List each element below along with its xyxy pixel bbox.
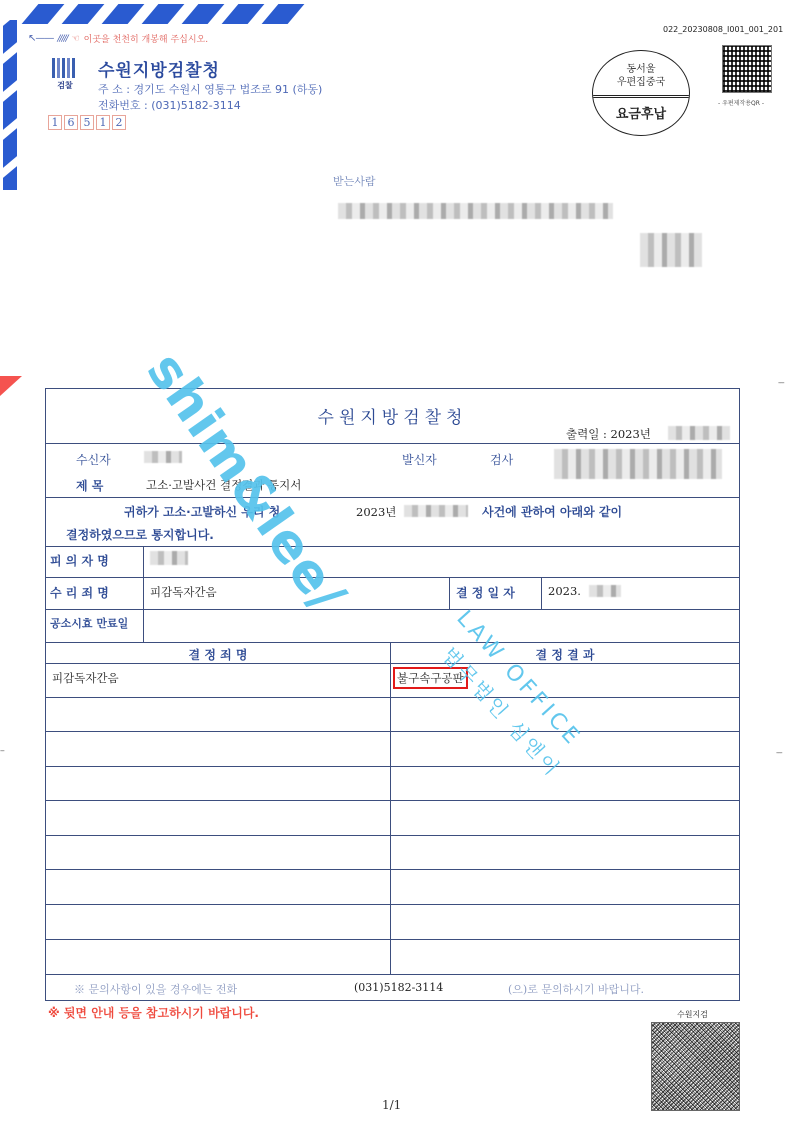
limitation-label: 공소시효 만료일 [50,615,128,631]
zip-digit: 2 [112,115,126,130]
charge-value: 피감독자간음 [150,584,217,600]
intro-text-b: 사건에 관하여 아래와 같이 [482,503,622,520]
decision-date-redacted [589,585,621,597]
zip-digit: 6 [64,115,78,130]
airmail-stripes-left [0,20,20,190]
recipient-name-redacted [640,233,702,267]
postal-qr-code [722,45,772,93]
document-qr-code [651,1022,740,1111]
decision-date-label: 결 정 일 자 [456,584,515,601]
decision-notice-form: 수원지방검찰청 출력일 : 2023년 수신자 발신자 검사 제 목 고소·고발… [45,388,740,1001]
inquiry-prefix: ※ 문의사항이 있을 경우에는 전화 [74,981,237,997]
row-charge: 피감독자간음 [52,670,119,686]
postmark-stamp: 동서울우편집중국 요금후납 [592,50,690,136]
sender-name-redacted [554,449,722,479]
subject-label: 제 목 [76,477,103,494]
airmail-stripes-top [20,0,310,28]
sender-org-name: 수원지방검찰청 [98,56,220,81]
recipient-label: 받는사람 [333,173,376,189]
zip-digit: 5 [80,115,94,130]
zip-digit: 1 [96,115,110,130]
recipient-address-redacted [338,203,613,219]
receiver-label: 수신자 [76,451,111,468]
charge-label: 수 리 죄 명 [50,584,109,601]
corner-marker [0,376,22,396]
zip-code: 1 6 5 1 2 [48,115,126,130]
postmark-line2: 우편집중국 [617,77,665,88]
intro-text-line2: 결정하였으므로 통지합니다. [66,526,214,543]
case-number-redacted [404,505,468,517]
postmark-line1: 동서울 [627,64,656,75]
fold-mark: -- [0,746,4,755]
suspect-label: 피 의 자 명 [50,552,109,569]
print-date-redacted [668,426,730,440]
open-hint-text: 이곳을 천천히 개봉해 주십시오. [84,32,208,45]
sender-address: 주 소 : 경기도 수원시 영통구 법조로 91 (하동) [98,81,322,97]
arrow-icon: ↖—— [28,33,53,44]
page-number: 1/1 [382,1098,401,1112]
fold-mark: --- [778,378,784,387]
prosecution-logo: 검찰 [52,58,78,91]
intro-year: 2023년 [356,504,396,520]
form-title: 수원지방검찰청 [46,403,739,428]
sender-phone: 전화번호 : (031)5182-3114 [98,97,241,113]
column-header-charge: 결 정 죄 명 [46,646,390,663]
back-page-notice: ※ 뒷면 안내 등을 참고하시기 바랍니다. [48,1004,259,1021]
suspect-name-redacted [150,551,188,565]
print-date-label: 출력일 : 2023년 [566,426,651,442]
logo-word: 검찰 [52,80,78,91]
decision-date-value: 2023. [548,584,581,598]
fold-mark: --- [776,748,782,757]
open-hint: ↖—— ///// ☜ 이곳을 천천히 개봉해 주십시오. [28,32,208,45]
receiver-redacted [144,451,182,463]
hand-pointer-icon: ☜ [72,34,80,44]
zip-digit: 1 [48,115,62,130]
qr-label-bottom: 수원지검 [677,1009,708,1020]
logo-bars-icon [52,58,78,78]
sender-label: 발신자 [402,451,437,468]
sender-role: 검사 [490,451,513,468]
document-code: 022_20230808_I001_001_201 [663,25,783,34]
postmark-fee: 요금후납 [593,103,689,122]
inquiry-suffix: (으)로 문의하시기 바랍니다. [508,981,644,997]
inquiry-phone: (031)5182-3114 [354,981,443,994]
hatch-icon: ///// [57,34,67,44]
postal-qr-label: - 우편제작용QR - [718,98,764,107]
